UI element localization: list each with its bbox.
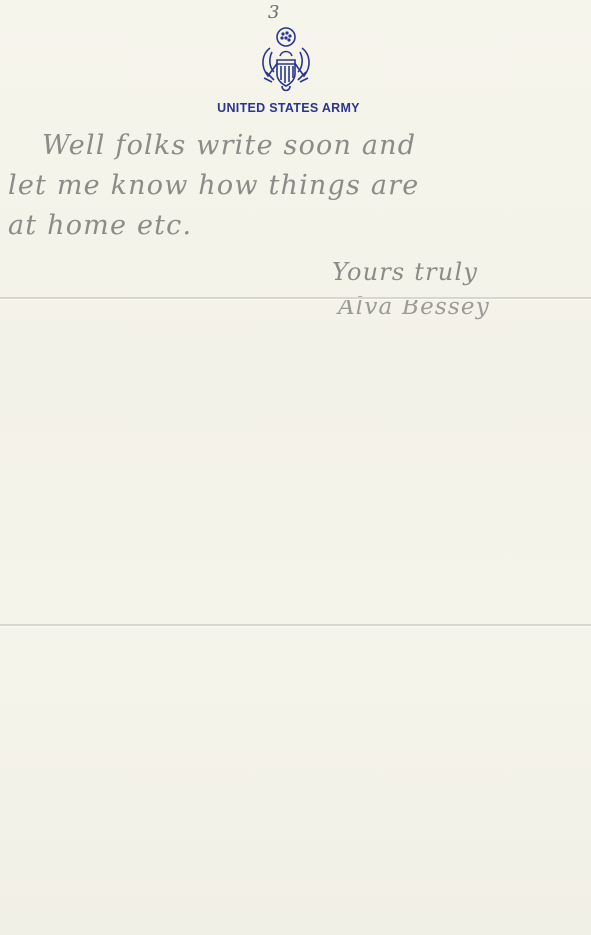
body-line-3: at home etc. — [8, 210, 192, 241]
letterhead-text: UNITED STATES ARMY — [217, 101, 360, 115]
us-army-eagle-emblem-icon — [252, 26, 320, 94]
body-line-2: let me know how things are — [8, 170, 419, 201]
page-number: 3 — [268, 2, 279, 23]
letterhead-title: UNITED STATES ARMY — [0, 101, 591, 115]
fold-line-lower — [0, 624, 591, 627]
closing: Yours truly — [332, 258, 478, 286]
body-line-1: Well folks write soon and — [42, 130, 416, 161]
fold-line-upper — [0, 297, 591, 300]
letter-page: 3 UNITED STATES ARMY Well folks write so… — [0, 0, 591, 935]
